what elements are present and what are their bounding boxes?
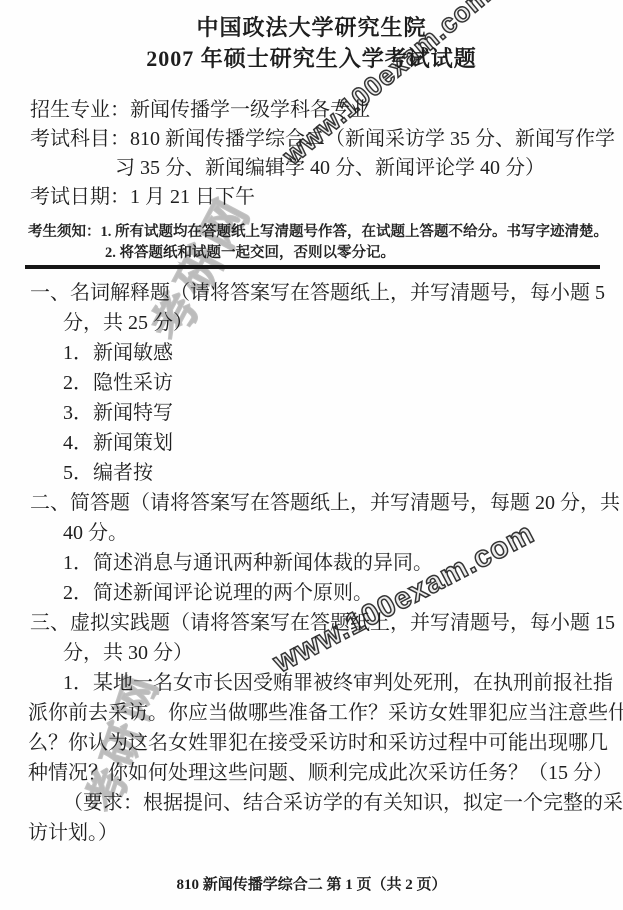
notice-line-2: 2. 将答题纸和试题一起交回，否则以零分记。: [105, 243, 608, 264]
document-header: 中国政法大学研究生院 2007 年硕士研究生入学考试试题: [0, 12, 623, 74]
section-2-heading-wrap: 40 分。: [63, 518, 608, 548]
q1-item-1: 1．新闻敏感: [63, 338, 608, 368]
info-line-subject-wrap: 习 35 分、新闻编辑学 40 分、新闻评论学 40 分）: [115, 154, 603, 183]
section-3-heading-wrap: 分，共 30 分）: [63, 638, 608, 668]
q2-item-1: 1．简述消息与通讯两种新闻体裁的异同。: [63, 548, 608, 578]
q1-item-5: 5．编者按: [63, 458, 608, 488]
q1-item-3: 3．新闻特写: [63, 398, 608, 428]
q3-item-1-line-1: 1．某地一名女市长因受贿罪被终审判处死刑，在执刑前报社指: [63, 668, 608, 698]
info-line-subject: 考试科目：810 新闻传播学综合二（新闻采访学 35 分、新闻写作学: [30, 125, 603, 154]
exam-body: 一、名词解释题（请将答案写在答题纸上，并写清题号，每小题 5 分，共 25 分）…: [28, 278, 608, 848]
q2-item-2: 2．简述新闻评论说理的两个原则。: [63, 578, 608, 608]
candidate-notice: 考生须知：1. 所有试题均在答题纸上写清题号作答，在试题上答题不给分。书写字迹清…: [28, 222, 608, 264]
section-1-heading-wrap: 分，共 25 分）: [63, 308, 608, 338]
exam-title: 2007 年硕士研究生入学考试试题: [0, 43, 623, 74]
notice-line-1: 考生须知：1. 所有试题均在答题纸上写清题号作答，在试题上答题不给分。书写字迹清…: [28, 222, 608, 243]
section-3-heading: 三、虚拟实践题（请将答案写在答题纸上，并写清题号，每小题 15: [30, 608, 608, 638]
footer-text: 810 新闻传播学综合二 第 1 页（共 2 页）: [176, 877, 446, 893]
section-2-heading: 二、简答题（请将答案写在答题纸上，并写清题号，每题 20 分，共: [30, 488, 608, 518]
section-1-heading: 一、名词解释题（请将答案写在答题纸上，并写清题号，每小题 5: [30, 278, 608, 308]
q1-item-2: 2．隐性采访: [63, 368, 608, 398]
info-line-major: 招生专业：新闻传播学一级学科各专业: [30, 96, 603, 125]
q3-item-1-line-3: 么？你认为这名女姓罪犯在接受采访时和采访过程中可能出现哪几: [28, 728, 608, 758]
exam-paper-page: www.100exam.com www.100exam.com 考研网 考研网 …: [0, 0, 623, 910]
q3-item-1-line-2: 派你前去采访。你应当做哪些准备工作？采访女姓罪犯应当注意些什: [28, 698, 608, 728]
q3-item-1-line-4: 种情况？你如何处理这些问题、顺利完成此次采访任务？（15 分）: [28, 758, 608, 788]
q3-requirement-line-2: 访计划。）: [28, 818, 608, 848]
q1-item-4: 4．新闻策划: [63, 428, 608, 458]
q3-requirement-line-1: （要求：根据提问、结合采访学的有关知识，拟定一个完整的采: [63, 788, 608, 818]
info-line-date: 考试日期：1 月 21 日下午: [30, 183, 603, 212]
section-divider-rule: [25, 265, 600, 269]
page-footer: 810 新闻传播学综合二 第 1 页（共 2 页）: [0, 874, 623, 896]
university-title: 中国政法大学研究生院: [0, 12, 623, 43]
exam-info-block: 招生专业：新闻传播学一级学科各专业 考试科目：810 新闻传播学综合二（新闻采访…: [28, 96, 603, 212]
